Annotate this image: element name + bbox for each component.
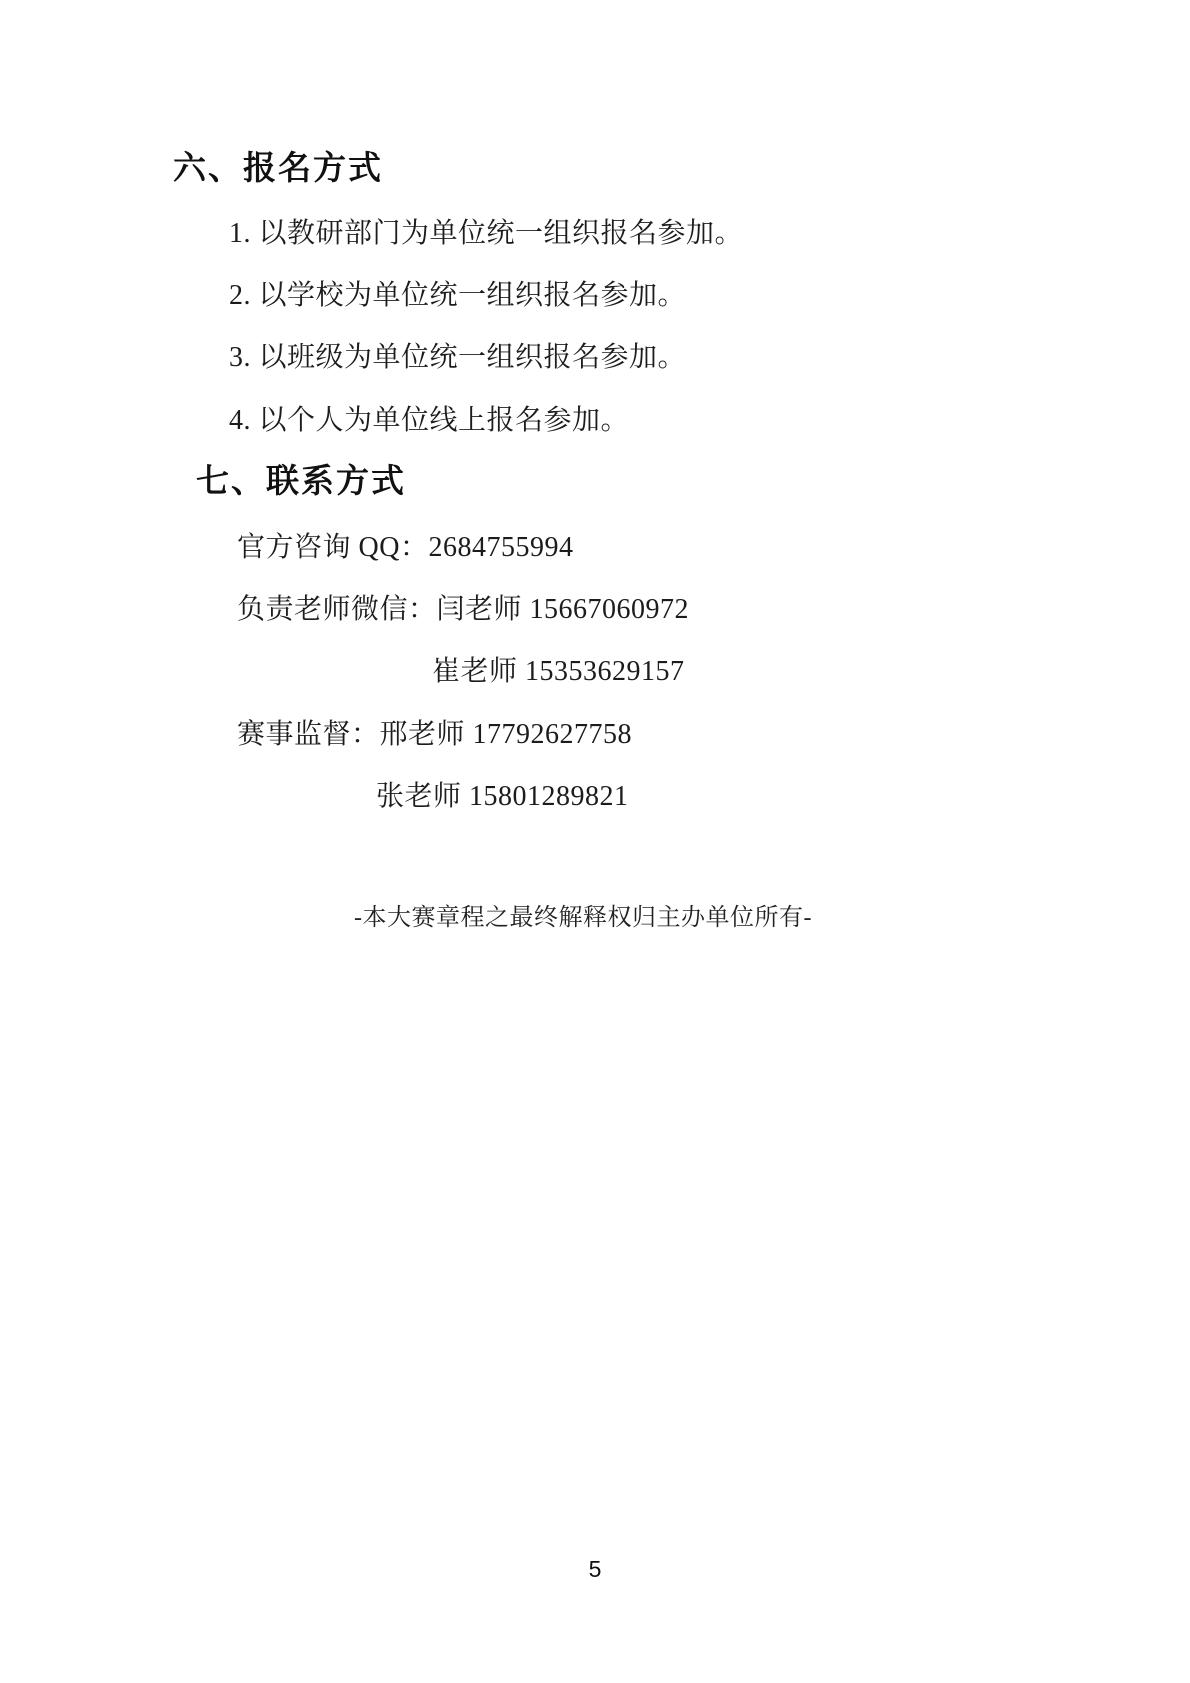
registration-list-item-4: 4. 以个人为单位线上报名参加。 bbox=[229, 404, 629, 438]
contact-line-qq: 官方咨询 QQ：2684755994 bbox=[237, 531, 573, 565]
registration-list-item-2: 2. 以学校为单位统一组织报名参加。 bbox=[229, 279, 686, 313]
registration-list-item-1: 1. 以教研部门为单位统一组织报名参加。 bbox=[229, 217, 743, 251]
page-number: 5 bbox=[0, 1556, 1190, 1584]
contact-line-supervisor-teacher-zhang: 张老师 15801289821 bbox=[376, 780, 629, 814]
registration-list-item-3: 3. 以班级为单位统一组织报名参加。 bbox=[229, 341, 686, 375]
contact-line-wechat-teacher-cui: 崔老师 15353629157 bbox=[432, 655, 685, 689]
contact-line-wechat-teacher-yan: 负责老师微信：闫老师 15667060972 bbox=[237, 593, 689, 627]
section-heading-contact: 七、联系方式 bbox=[196, 463, 406, 503]
section-heading-registration: 六、报名方式 bbox=[173, 150, 383, 190]
footer-disclaimer-note: -本大赛章程之最终解释权归主办单位所有- bbox=[0, 904, 1166, 933]
document-page: 六、报名方式 1. 以教研部门为单位统一组织报名参加。 2. 以学校为单位统一组… bbox=[0, 0, 1190, 1683]
contact-line-supervisor-teacher-xing: 赛事监督：邢老师 17792627758 bbox=[237, 718, 632, 752]
